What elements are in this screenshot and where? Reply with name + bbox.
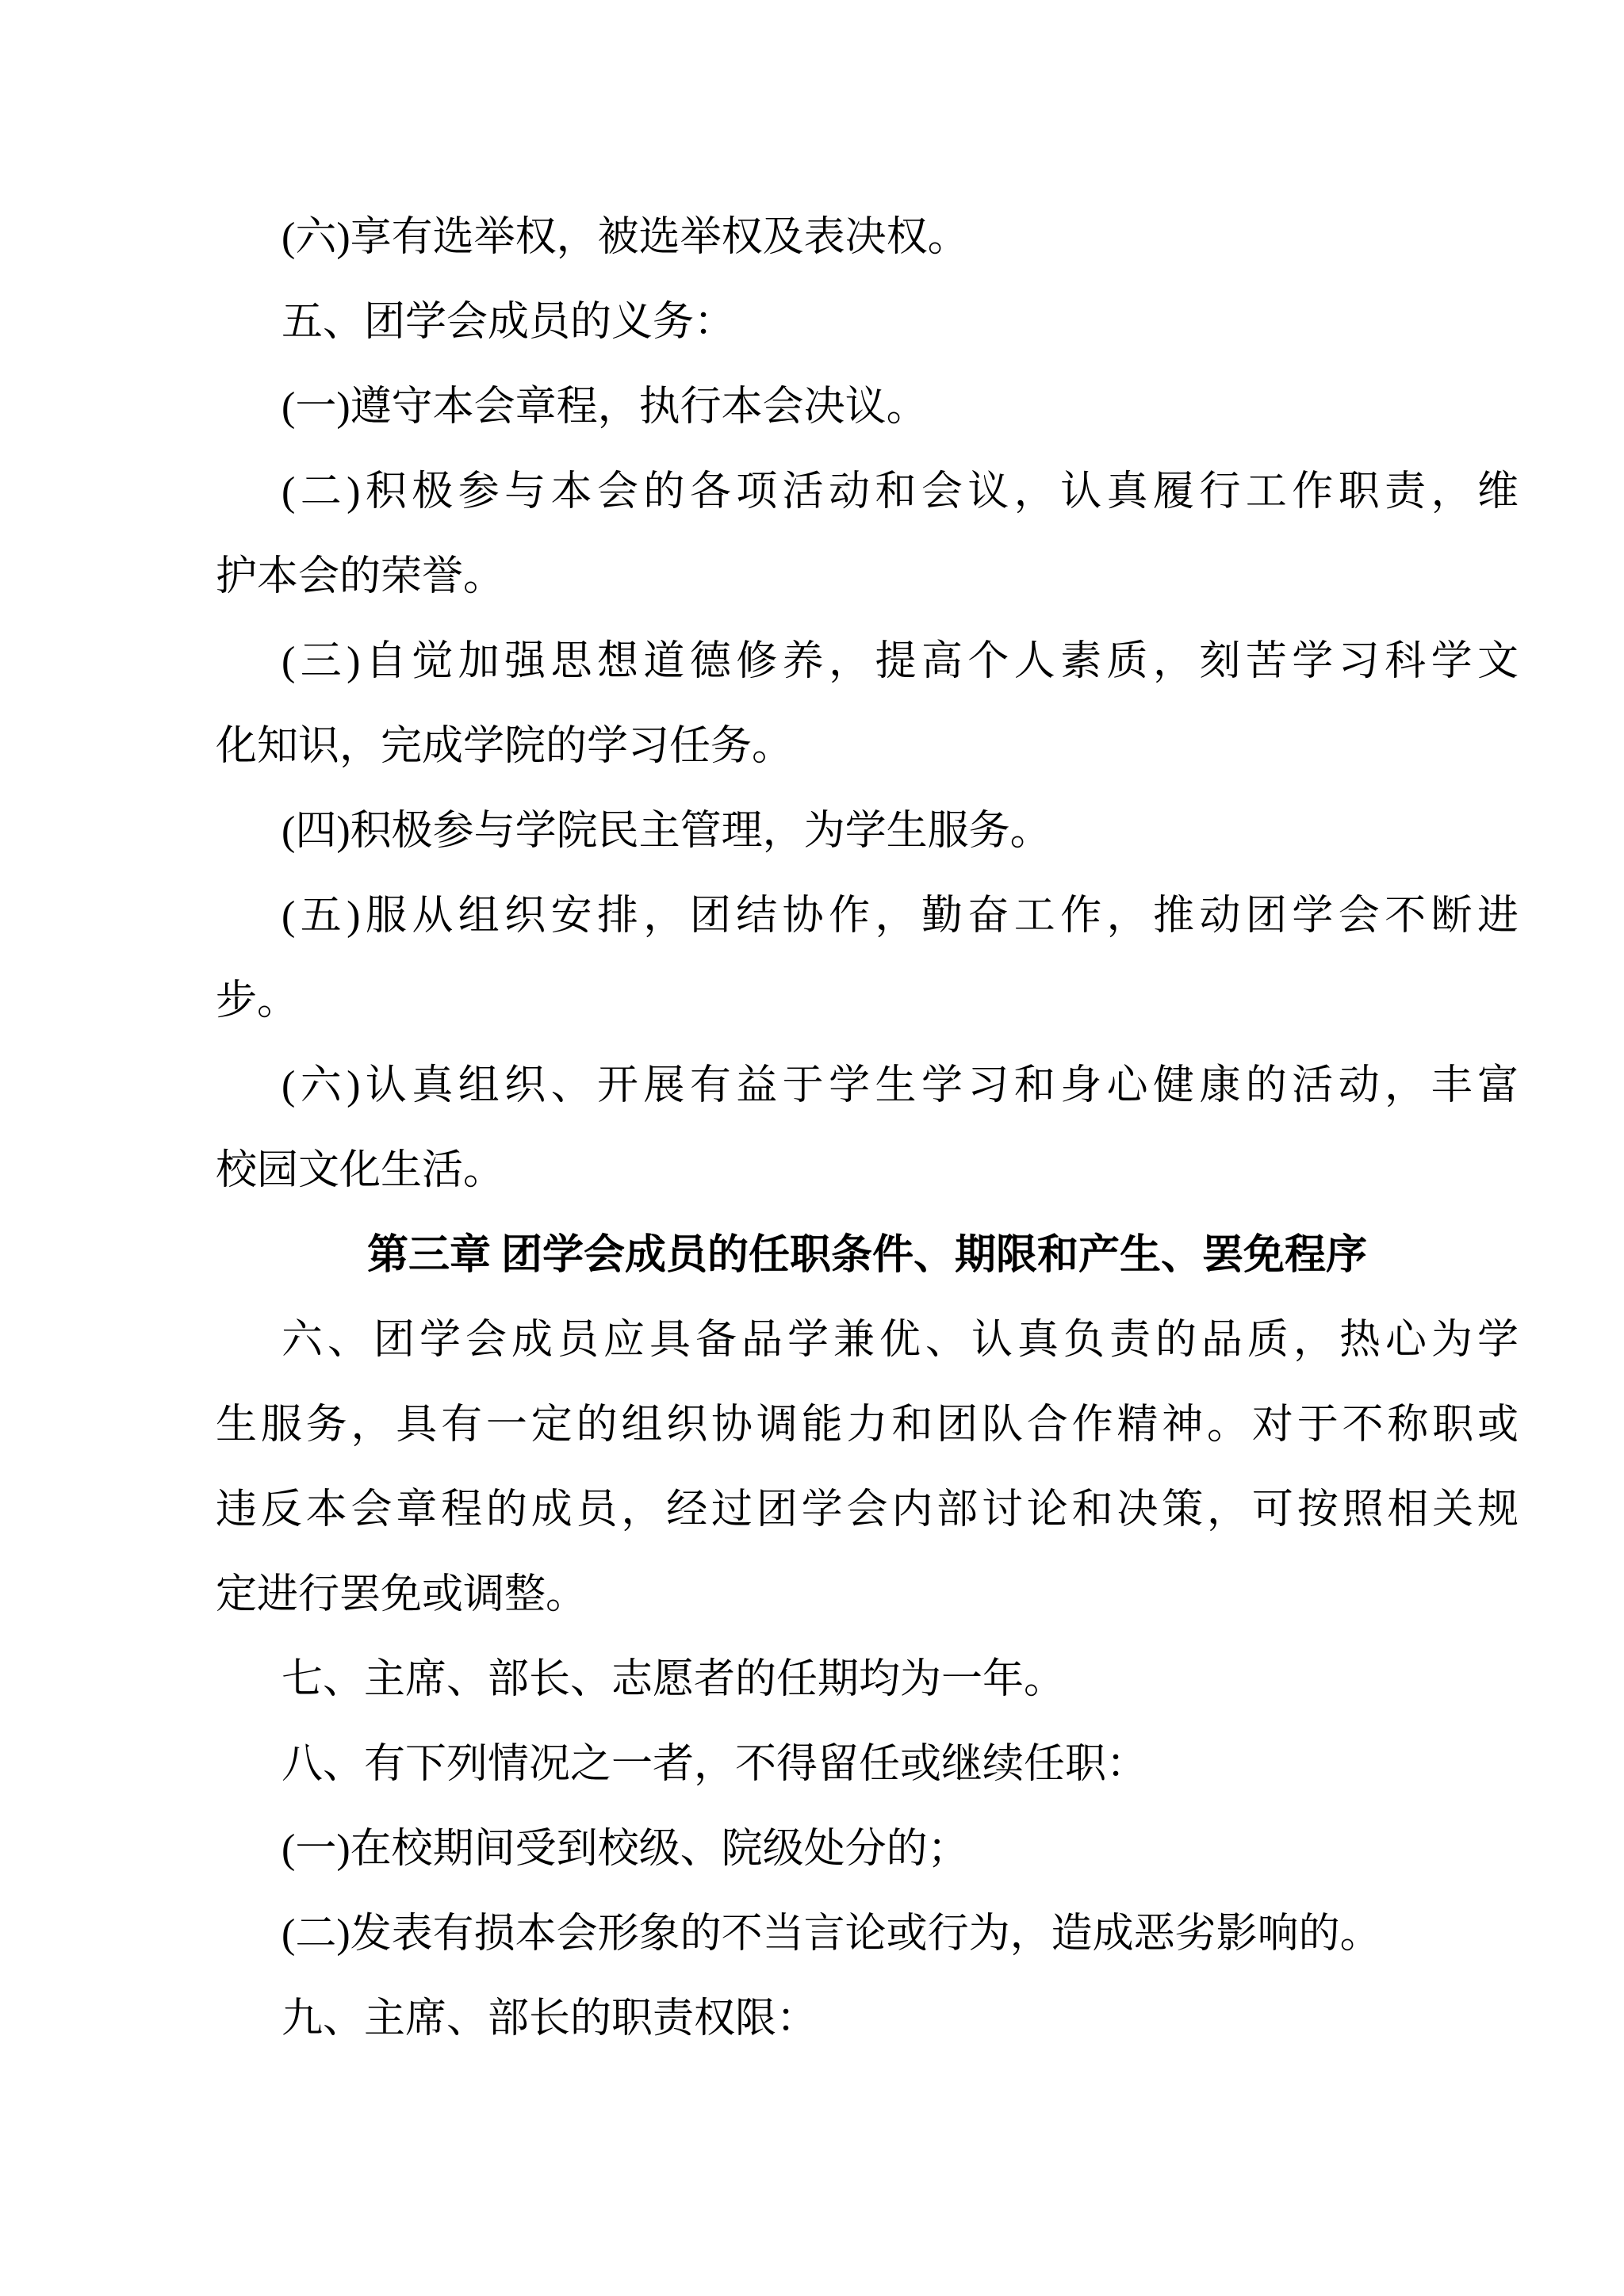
text-line: 九、主席、部长的职责权限： [216,1976,1519,2061]
text-line: 定进行罢免或调整。 [216,1552,1519,1637]
document-page: (六)享有选举权，被选举权及表决权。五、团学会成员的义务：(一)遵守本会章程，执… [0,0,1624,2296]
document-body: (六)享有选举权，被选举权及表决权。五、团学会成员的义务：(一)遵守本会章程，执… [216,195,1519,2061]
text-line: 化知识，完成学院的学习任务。 [216,704,1519,789]
text-line: 六、团学会成员应具备品学兼优、认真负责的品质，热心为学 [216,1298,1519,1383]
text-line: 五、团学会成员的义务： [216,280,1519,365]
text-line: (六)认真组织、开展有益于学生学习和身心健康的活动，丰富 [216,1043,1519,1128]
text-line: (一)在校期间受到校级、院级处分的； [216,1807,1519,1892]
text-line: 校园文化生活。 [216,1128,1519,1213]
text-line: (二)发表有损本会形象的不当言论或行为，造成恶劣影响的。 [216,1892,1519,1976]
text-line: (三)自觉加强思想道德修养，提高个人素质，刻苦学习科学文 [216,619,1519,704]
text-line: 护本会的荣誉。 [216,534,1519,619]
text-line: (一)遵守本会章程，执行本会决议。 [216,365,1519,450]
text-line: (二)积极参与本会的各项活动和会议，认真履行工作职责，维 [216,450,1519,534]
chapter-heading: 第三章 团学会成员的任职条件、期限和产生、罢免程序 [216,1213,1519,1298]
text-line: 违反本会章程的成员，经过团学会内部讨论和决策，可按照相关规 [216,1468,1519,1552]
text-line: (六)享有选举权，被选举权及表决权。 [216,195,1519,280]
text-line: (五)服从组织安排，团结协作，勤奋工作，推动团学会不断进 [216,874,1519,959]
text-line: 生服务，具有一定的组织协调能力和团队合作精神。对于不称职或 [216,1383,1519,1468]
text-line: 八、有下列情况之一者，不得留任或继续任职： [216,1722,1519,1807]
text-line: 七、主席、部长、志愿者的任期均为一年。 [216,1637,1519,1722]
text-line: 步。 [216,959,1519,1043]
text-line: (四)积极参与学院民主管理，为学生服务。 [216,789,1519,874]
